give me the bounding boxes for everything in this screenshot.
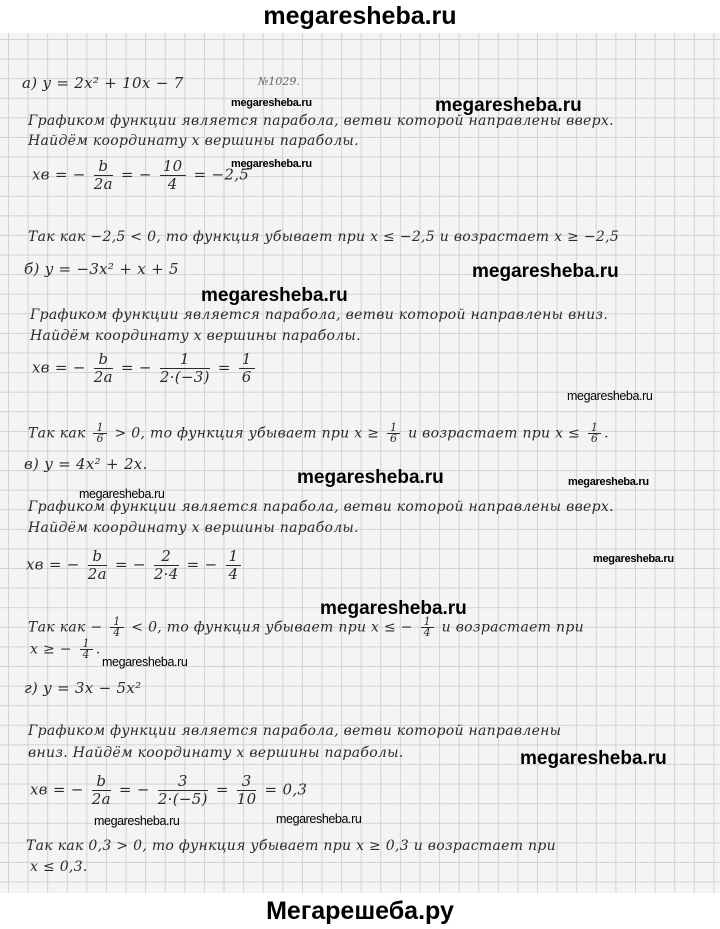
part-label: г) — [24, 679, 38, 697]
watermark: megaresheba.ru — [435, 95, 582, 117]
watermark: megaresheba.ru — [297, 467, 444, 489]
function-formula: y = 4x² + 2x. — [44, 455, 147, 473]
part-c-text-2: Найдём координату x вершины параболы. — [28, 520, 359, 536]
part-a-text-2: Найдём координату x вершины параболы. — [28, 133, 359, 149]
watermark: megaresheba.ru — [568, 476, 649, 488]
site-footer-watermark: Мегарешеба.ру — [0, 893, 720, 929]
part-label: в) — [24, 455, 39, 473]
part-b-vertex-formula: xв = − b2a = − 12·(−3) = 16 — [32, 351, 258, 386]
part-a-heading: а) y = 2x² + 10x − 7 — [22, 74, 183, 92]
part-d-vertex-formula: xв = − b2a = − 32·(−5) = 310 = 0,3 — [30, 773, 307, 808]
fraction: 12·(−3) — [160, 351, 210, 386]
function-formula: y = 3x − 5x² — [43, 679, 141, 697]
watermark: megaresheba.ru — [276, 812, 361, 826]
problem-number: №1029. — [258, 75, 300, 88]
notebook-page: №1029. а) y = 2x² + 10x − 7 Графиком фун… — [0, 33, 720, 893]
watermark: megaresheba.ru — [567, 389, 652, 403]
watermark: megaresheba.ru — [102, 655, 187, 669]
fraction: b2a — [94, 158, 113, 193]
part-b-text-1: Графиком функции является парабола, ветв… — [30, 307, 608, 323]
watermark: megaresheba.ru — [231, 158, 312, 170]
fraction: 310 — [237, 773, 257, 808]
fraction: b2a — [88, 548, 107, 583]
part-c-text-1: Графиком функции является парабола, ветв… — [28, 499, 614, 515]
watermark: megaresheba.ru — [94, 814, 179, 828]
part-c-conclusion-2: x ≥ − 14. — [30, 639, 101, 660]
part-c-conclusion-1: Так как − 14 < 0, то функция убывает при… — [28, 617, 584, 638]
watermark: megaresheba.ru — [79, 487, 164, 501]
watermark: megaresheba.ru — [201, 285, 348, 307]
part-label: б) — [24, 260, 40, 278]
part-d-conclusion-1: Так как 0,3 > 0, то функция убывает при … — [26, 838, 556, 854]
fraction: 104 — [160, 158, 186, 193]
function-formula: y = 2x² + 10x − 7 — [42, 74, 183, 92]
watermark: megaresheba.ru — [520, 748, 667, 770]
part-c-vertex-formula: xв = − b2a = − 22·4 = − 14 — [26, 548, 244, 583]
site-header-watermark: megaresheba.ru — [0, 0, 720, 33]
fraction: 16 — [239, 351, 255, 386]
part-b-conclusion: Так как 16 > 0, то функция убывает при x… — [28, 423, 609, 444]
fraction: 14 — [226, 548, 242, 583]
watermark: megaresheba.ru — [231, 97, 312, 109]
part-b-text-2: Найдём координату x вершины параболы. — [30, 328, 361, 344]
fraction: b2a — [94, 351, 113, 386]
part-a-conclusion: Так как −2,5 < 0, то функция убывает при… — [28, 229, 619, 245]
part-d-text-2: вниз. Найдём координату x вершины парабо… — [28, 745, 404, 761]
fraction: 22·4 — [154, 548, 179, 583]
watermark: megaresheba.ru — [593, 553, 674, 565]
part-d-text-1: Графиком функции является парабола, ветв… — [28, 723, 561, 739]
function-formula: y = −3x² + x + 5 — [45, 260, 179, 278]
part-a-vertex-formula: xв = − b2a = − 104 = −2,5 — [32, 158, 249, 193]
part-c-heading: в) y = 4x² + 2x. — [24, 455, 148, 473]
part-b-heading: б) y = −3x² + x + 5 — [24, 260, 179, 278]
fraction: b2a — [92, 773, 111, 808]
part-d-conclusion-2: x ≤ 0,3. — [30, 859, 88, 875]
part-label: а) — [22, 74, 37, 92]
watermark: megaresheba.ru — [472, 261, 619, 283]
watermark: megaresheba.ru — [320, 598, 467, 620]
part-d-heading: г) y = 3x − 5x² — [24, 679, 141, 697]
fraction: 32·(−5) — [158, 773, 208, 808]
